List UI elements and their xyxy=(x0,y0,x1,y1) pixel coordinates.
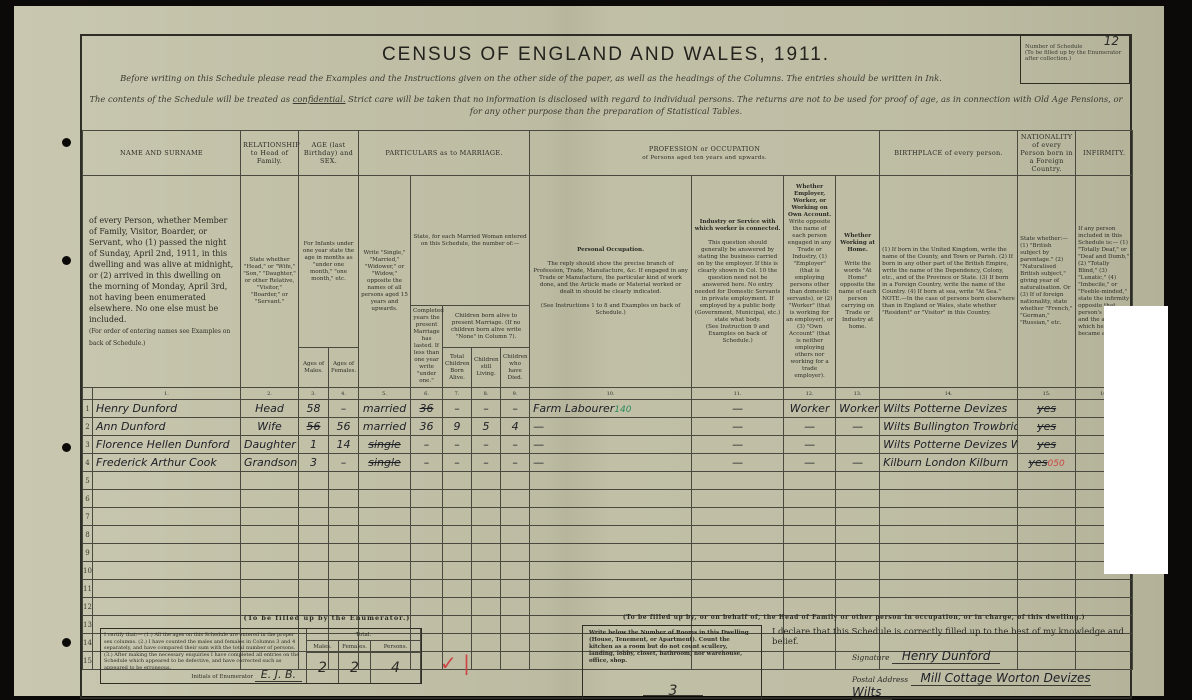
signature-line: Signature Henry Dunford xyxy=(852,649,1000,663)
form-frame: CENSUS OF ENGLAND AND WALES, 1911. Befor… xyxy=(80,34,1132,699)
cell-born: – xyxy=(443,454,472,472)
cell-name: Henry Dunford xyxy=(93,400,241,418)
col-years-married: Completed years the present Marriage has… xyxy=(411,306,443,388)
cell-years: – xyxy=(411,436,443,454)
cell-died: – xyxy=(501,400,530,418)
cell-age_m xyxy=(299,508,329,526)
instruction-line: Before writing on this Schedule please r… xyxy=(92,73,970,83)
cell-industry: — xyxy=(692,418,784,436)
cell-living xyxy=(472,580,501,598)
cell-industry xyxy=(692,508,784,526)
row-number: 5 xyxy=(83,472,93,490)
cell-industry xyxy=(692,472,784,490)
cell-born xyxy=(443,508,472,526)
cell-years xyxy=(411,598,443,616)
col-married-woman-desc: State, for each Married Woman entered on… xyxy=(411,176,530,306)
cell-age_f: 14 xyxy=(329,436,359,454)
cell-age_m: 58 xyxy=(299,400,329,418)
cell-occ xyxy=(530,490,692,508)
census-table: NAME AND SURNAME RELATIONSHIP to Head of… xyxy=(82,130,1133,670)
cell-born xyxy=(443,490,472,508)
cell-nationality xyxy=(1018,562,1076,580)
table-row: 11 xyxy=(83,580,1133,598)
cell-birthplace: Wilts Potterne Devizes xyxy=(880,400,1018,418)
col-nationality-desc: State whether:— (1) "British subject by … xyxy=(1018,176,1076,388)
cell-occ: Farm Labourer140 xyxy=(530,400,692,418)
cell-living xyxy=(472,472,501,490)
cell-died: – xyxy=(501,454,530,472)
cell-cond: single xyxy=(359,454,411,472)
row-number: 7 xyxy=(83,508,93,526)
row-number: 14 xyxy=(83,634,93,652)
confidential-pre: The contents of the Schedule will be tre… xyxy=(89,94,292,104)
table-row: 6 xyxy=(83,490,1133,508)
row-number: 11 xyxy=(83,580,93,598)
cell-nationality: yes xyxy=(1018,400,1076,418)
cell-cond xyxy=(359,598,411,616)
cell-occ xyxy=(530,544,692,562)
cell-home xyxy=(836,508,880,526)
cell-age_f xyxy=(329,544,359,562)
cell-employer: Worker xyxy=(784,400,836,418)
cell-birthplace xyxy=(880,580,1018,598)
cell-name: Frederick Arthur Cook xyxy=(93,454,241,472)
cell-died: – xyxy=(501,436,530,454)
females-label: Females. xyxy=(339,641,371,653)
cell-nationality xyxy=(1018,472,1076,490)
cell-rel xyxy=(241,508,299,526)
cell-age_m xyxy=(299,490,329,508)
row-number: 1 xyxy=(83,400,93,418)
schedule-number: 12 xyxy=(1104,34,1119,48)
cell-name xyxy=(93,580,241,598)
cell-home xyxy=(836,490,880,508)
cell-industry xyxy=(692,526,784,544)
cell-years xyxy=(411,508,443,526)
cell-age_m: 1 xyxy=(299,436,329,454)
cell-age_m xyxy=(299,580,329,598)
cell-died xyxy=(501,490,530,508)
redacted-block xyxy=(1104,306,1168,574)
enumerator-box: I certify that:— (1.) All the ages on th… xyxy=(100,628,422,684)
cell-born xyxy=(443,472,472,490)
cell-industry xyxy=(692,598,784,616)
col-children-died: Children who have Died. xyxy=(501,348,530,388)
cell-nationality xyxy=(1018,526,1076,544)
cell-name xyxy=(93,526,241,544)
form-title: CENSUS OF ENGLAND AND WALES, 1911. xyxy=(82,44,1130,66)
signature-value: Henry Dunford xyxy=(892,649,1000,664)
total-females: 2 xyxy=(339,653,371,683)
row-number: 9 xyxy=(83,544,93,562)
cell-rel xyxy=(241,490,299,508)
cell-employer: — xyxy=(784,436,836,454)
cell-living: – xyxy=(472,436,501,454)
cell-living xyxy=(472,598,501,616)
table-row: 1Henry DunfordHead58–married36–––Farm La… xyxy=(83,400,1133,418)
cell-home xyxy=(836,598,880,616)
cell-living: – xyxy=(472,400,501,418)
cell-name: Ann Dunford xyxy=(93,418,241,436)
census-schedule-page: CENSUS OF ENGLAND AND WALES, 1911. Befor… xyxy=(14,6,1164,696)
enumerator-totals: Total. Males. Females. Persons. 2 2 4 xyxy=(307,629,421,683)
cell-employer xyxy=(784,508,836,526)
cell-nationality xyxy=(1018,508,1076,526)
cell-home xyxy=(836,580,880,598)
cell-years: 36 xyxy=(411,400,443,418)
table-row: 8 xyxy=(83,526,1133,544)
cell-died xyxy=(501,472,530,490)
cell-age_f xyxy=(329,508,359,526)
cell-occ: — xyxy=(530,418,692,436)
col-working-home: Whether Working at Home.Write the words … xyxy=(836,176,880,388)
cell-birthplace xyxy=(880,472,1018,490)
persons-label: Persons. xyxy=(371,641,421,653)
cell-occ: — xyxy=(530,436,692,454)
cell-born xyxy=(443,544,472,562)
cell-industry: — xyxy=(692,454,784,472)
cell-employer: — xyxy=(784,418,836,436)
enumerator-section: (To be filled up by the Enumerator.) I c… xyxy=(92,614,562,692)
cell-born xyxy=(443,562,472,580)
cell-industry xyxy=(692,490,784,508)
occupation-code: 140 xyxy=(614,405,631,415)
schedule-number-box: 12 Number of Schedule (To be filled up b… xyxy=(1020,34,1130,84)
cell-home xyxy=(836,562,880,580)
row-number: 3 xyxy=(83,436,93,454)
table-row: 4Frederick Arthur CookGrandson3–single––… xyxy=(83,454,1133,472)
row-number: 12 xyxy=(83,598,93,616)
cell-nationality xyxy=(1018,490,1076,508)
cell-employer: — xyxy=(784,454,836,472)
col-infirmity-header: INFIRMITY. xyxy=(1076,131,1133,176)
confidential-post: Strict care will be taken that no inform… xyxy=(346,94,1123,116)
cell-age_m: 3 xyxy=(299,454,329,472)
cell-birthplace: Wilts Bullington Trowbridge xyxy=(880,418,1018,436)
cell-born: – xyxy=(443,400,472,418)
cell-infirmity xyxy=(1076,580,1133,598)
cell-occ xyxy=(530,472,692,490)
cell-age_f xyxy=(329,580,359,598)
col-age-males: Ages of Males. xyxy=(299,348,329,388)
table-row: 2Ann DunfordWife5656married36954————Wilt… xyxy=(83,418,1133,436)
schedule-number-note: (To be filled up by the Enumerator after… xyxy=(1025,50,1125,62)
col-industry: Industry or Service with which worker is… xyxy=(692,176,784,388)
cell-home xyxy=(836,472,880,490)
cell-cond xyxy=(359,526,411,544)
total-label: Total. xyxy=(307,629,421,641)
cell-age_m xyxy=(299,598,329,616)
row-number: 15 xyxy=(83,652,93,670)
cell-name xyxy=(93,544,241,562)
head-of-family-section: (To be filled up by, or on behalf of, th… xyxy=(576,614,1132,700)
cell-birthplace: Wilts Potterne Devizes Wilts xyxy=(880,436,1018,454)
cell-employer xyxy=(784,580,836,598)
cell-industry xyxy=(692,544,784,562)
enumerator-caption: (To be filled up by the Enumerator.) xyxy=(92,614,562,622)
cell-rel: Head xyxy=(241,400,299,418)
cell-rel xyxy=(241,544,299,562)
total-persons: 4 xyxy=(371,653,421,683)
cell-living xyxy=(472,526,501,544)
col-birthplace-desc: (1) If born in the United Kingdom, write… xyxy=(880,176,1018,388)
confidential-word: confidential. xyxy=(293,94,346,104)
cell-home xyxy=(836,526,880,544)
cell-living xyxy=(472,490,501,508)
postal-address-line: Postal Address Mill Cottage Worton Deviz… xyxy=(852,671,1132,699)
cell-age_f xyxy=(329,490,359,508)
cell-home xyxy=(836,436,880,454)
cell-name xyxy=(93,490,241,508)
cell-living: 5 xyxy=(472,418,501,436)
red-check-marks: ✓ | xyxy=(440,651,470,675)
cell-years xyxy=(411,472,443,490)
cell-cond xyxy=(359,490,411,508)
cell-birthplace xyxy=(880,490,1018,508)
cell-birthplace xyxy=(880,508,1018,526)
cell-industry xyxy=(692,580,784,598)
cell-cond: married xyxy=(359,400,411,418)
cell-name: Florence Hellen Dunford xyxy=(93,436,241,454)
cell-nationality: yes050 xyxy=(1018,454,1076,472)
cell-rel: Wife xyxy=(241,418,299,436)
table-row: 7 xyxy=(83,508,1133,526)
table-row: 5 xyxy=(83,472,1133,490)
cell-born xyxy=(443,526,472,544)
cell-died xyxy=(501,598,530,616)
cell-cond xyxy=(359,580,411,598)
cell-born: 9 xyxy=(443,418,472,436)
cell-age_f: 56 xyxy=(329,418,359,436)
confidentiality-notice: The contents of the Schedule will be tre… xyxy=(88,93,1124,117)
col-children-born: Total Children Born Alive. xyxy=(443,348,472,388)
col-marriage-header: PARTICULARS as to MARRIAGE. xyxy=(359,131,530,176)
cell-name xyxy=(93,562,241,580)
col-age-desc: For Infants under one year state the age… xyxy=(299,176,359,348)
enumerator-certification: I certify that:— (1.) All the ages on th… xyxy=(101,629,307,683)
cell-home: — xyxy=(836,418,880,436)
cell-age_m xyxy=(299,544,329,562)
cell-occ xyxy=(530,508,692,526)
cell-birthplace xyxy=(880,526,1018,544)
cell-nationality xyxy=(1018,544,1076,562)
cell-name xyxy=(93,472,241,490)
cell-employer xyxy=(784,526,836,544)
males-label: Males. xyxy=(307,641,339,653)
cell-age_f xyxy=(329,526,359,544)
cell-industry: — xyxy=(692,400,784,418)
row-number: 6 xyxy=(83,490,93,508)
cell-occ xyxy=(530,580,692,598)
table-row: 10 xyxy=(83,562,1133,580)
cell-home: — xyxy=(836,454,880,472)
cell-age_f: – xyxy=(329,400,359,418)
col-children-living: Children still Living. xyxy=(472,348,501,388)
cell-rel xyxy=(241,562,299,580)
cell-nationality xyxy=(1018,598,1076,616)
cell-rel xyxy=(241,580,299,598)
cell-age_m xyxy=(299,526,329,544)
cell-born xyxy=(443,580,472,598)
cell-rel: Daughter xyxy=(241,436,299,454)
row-number: 8 xyxy=(83,526,93,544)
cell-rel xyxy=(241,598,299,616)
cell-died: 4 xyxy=(501,418,530,436)
cell-years xyxy=(411,526,443,544)
cell-years xyxy=(411,580,443,598)
col-personal-occupation: Personal Occupation.The reply should sho… xyxy=(530,176,692,388)
col-children-header: Children born alive to present Marriage.… xyxy=(443,306,530,348)
cell-employer xyxy=(784,472,836,490)
row-number: 4 xyxy=(83,454,93,472)
col-condition-desc: Write "Single," "Married," "Widower," or… xyxy=(359,176,411,388)
cell-industry: — xyxy=(692,436,784,454)
cell-occ xyxy=(530,526,692,544)
cell-industry xyxy=(692,562,784,580)
table-row: 12 xyxy=(83,598,1133,616)
declaration: I declare that this Schedule is correctl… xyxy=(772,627,1132,647)
col-age-females: Ages of Females. xyxy=(329,348,359,388)
enumerator-initials: Initials of Enumerator E. J. B. xyxy=(191,672,302,681)
cell-age_m xyxy=(299,472,329,490)
cell-rel xyxy=(241,526,299,544)
cell-living xyxy=(472,508,501,526)
col-occupation-header: PROFESSION or OCCUPATIONof Persons aged … xyxy=(530,131,880,176)
col-birthplace-header: BIRTHPLACE of every person. xyxy=(880,131,1018,176)
total-males: 2 xyxy=(307,653,339,683)
cell-cond xyxy=(359,508,411,526)
cell-name xyxy=(93,508,241,526)
cell-nationality: yes xyxy=(1018,418,1076,436)
cell-died xyxy=(501,544,530,562)
cell-years xyxy=(411,544,443,562)
nationality-code: 050 xyxy=(1048,459,1065,469)
cell-nationality: yes xyxy=(1018,436,1076,454)
table-row: 9 xyxy=(83,544,1133,562)
cell-age_m: 56 xyxy=(299,418,329,436)
col-name-header: NAME AND SURNAME xyxy=(83,131,241,176)
cell-died xyxy=(501,508,530,526)
cell-cond xyxy=(359,562,411,580)
cell-years xyxy=(411,490,443,508)
col-nationality-header: NATIONALITY of every Person born in a Fo… xyxy=(1018,131,1076,176)
cell-cond: married xyxy=(359,418,411,436)
column-number-row: 1. 2. 3. 4. 5. 6. 7. 8. 9. 10. 11. 12. 1… xyxy=(83,388,1133,400)
cell-years xyxy=(411,562,443,580)
col-employer: Whether Employer, Worker, or Working on … xyxy=(784,176,836,388)
cell-cond xyxy=(359,544,411,562)
cell-cond xyxy=(359,472,411,490)
cell-age_f xyxy=(329,598,359,616)
cell-employer xyxy=(784,562,836,580)
cell-age_f xyxy=(329,472,359,490)
cell-age_m xyxy=(299,562,329,580)
col-relationship-desc: State whether "Head," or "Wife," "Son," … xyxy=(241,176,299,388)
row-number: 2 xyxy=(83,418,93,436)
cell-rel: Grandson xyxy=(241,454,299,472)
head-caption: (To be filled up by, or on behalf of, th… xyxy=(576,614,1132,621)
cell-died xyxy=(501,580,530,598)
cell-home: Worker xyxy=(836,400,880,418)
rooms-box: Write below the Number of Rooms in this … xyxy=(582,625,762,700)
cell-cond: single xyxy=(359,436,411,454)
cell-employer xyxy=(784,490,836,508)
cell-age_f: – xyxy=(329,454,359,472)
cell-name xyxy=(93,598,241,616)
cell-birthplace: Kilburn London Kilburn xyxy=(880,454,1018,472)
cell-nationality xyxy=(1018,580,1076,598)
cell-died xyxy=(501,526,530,544)
cell-age_f xyxy=(329,562,359,580)
table-row: 3Florence Hellen DunfordDaughter114singl… xyxy=(83,436,1133,454)
cell-birthplace xyxy=(880,562,1018,580)
cell-infirmity xyxy=(1076,598,1133,616)
row-number: 13 xyxy=(83,616,93,634)
rooms-count: 3 xyxy=(643,688,703,696)
cell-employer xyxy=(784,544,836,562)
cell-years: – xyxy=(411,454,443,472)
cell-living xyxy=(472,544,501,562)
col-relationship-header: RELATIONSHIP to Head of Family. xyxy=(241,131,299,176)
cell-living: – xyxy=(472,454,501,472)
cell-born: – xyxy=(443,436,472,454)
cell-rel xyxy=(241,472,299,490)
cell-died xyxy=(501,562,530,580)
cell-birthplace xyxy=(880,598,1018,616)
cell-employer xyxy=(784,598,836,616)
cell-occ: — xyxy=(530,454,692,472)
cell-occ xyxy=(530,562,692,580)
row-number: 10 xyxy=(83,562,93,580)
cell-home xyxy=(836,544,880,562)
cell-occ xyxy=(530,598,692,616)
col-name-desc: of every Person, whether Member of Famil… xyxy=(83,176,241,388)
cell-birthplace xyxy=(880,544,1018,562)
col-age-header: AGE (last Birthday) and SEX. xyxy=(299,131,359,176)
cell-born xyxy=(443,598,472,616)
cell-years: 36 xyxy=(411,418,443,436)
cell-living xyxy=(472,562,501,580)
